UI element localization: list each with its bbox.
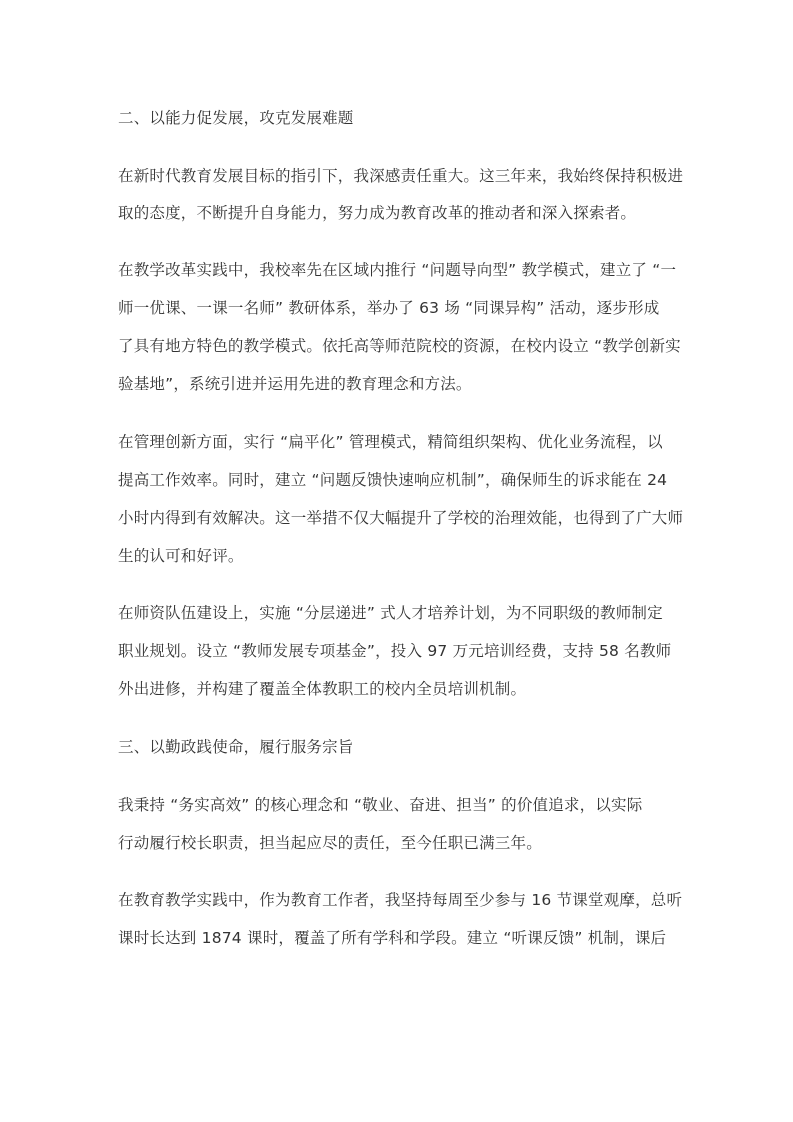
section-heading-3: 三、以勤政践使命，履行服务宗旨 bbox=[118, 737, 354, 757]
paragraph-line: 师一优课、一课一名师” 教研体系，举办了 63 场 “同课异构” 活动，逐步形成 bbox=[118, 298, 659, 318]
paragraph-line: 小时内得到有效解决。这一举措不仅大幅提升了学校的治理效能，也得到了广大师 bbox=[118, 508, 683, 528]
section-heading-2: 二、以能力促发展，攻克发展难题 bbox=[118, 108, 354, 128]
paragraph-line: 在师资队伍建设上，实施 “分层递进” 式人才培养计划，为不同职级的教师制定 bbox=[118, 603, 663, 623]
paragraph-line: 生的认可和好评。 bbox=[118, 546, 244, 566]
paragraph-line: 职业规划。设立 “教师发展专项基金”，投入 97 万元培训经费，支持 58 名教… bbox=[118, 641, 671, 661]
paragraph-line: 课时长达到 1874 课时，覆盖了所有学科和学段。建立 “听课反馈” 机制，课后 bbox=[118, 928, 666, 948]
paragraph-line: 在管理创新方面，实行 “扁平化” 管理模式，精简组织架构、优化业务流程，以 bbox=[118, 432, 663, 452]
paragraph-line: 在新时代教育发展目标的指引下，我深感责任重大。这三年来，我始终保持积极进 bbox=[118, 166, 683, 186]
paragraph-line: 行动履行校长职责，担当起应尽的责任，至今任职已满三年。 bbox=[118, 833, 542, 853]
paragraph-line: 在教学改革实践中，我校率先在区域内推行 “问题导向型” 教学模式，建立了 “一 bbox=[118, 260, 676, 280]
paragraph-line: 了具有地方特色的教学模式。依托高等师范院校的资源，在校内设立 “教学创新实 bbox=[118, 336, 681, 356]
paragraph-line: 在教育教学实践中，作为教育工作者，我坚持每周至少参与 16 节课堂观摩，总听 bbox=[118, 890, 682, 910]
paragraph-line: 我秉持 “务实高效” 的核心理念和 “敬业、奋进、担当” 的价值追求，以实际 bbox=[118, 795, 642, 815]
paragraph-line: 外出进修，并构建了覆盖全体教职工的校内全员培训机制。 bbox=[118, 679, 526, 699]
paragraph-line: 取的态度，不断提升自身能力，努力成为教育改革的推动者和深入探索者。 bbox=[118, 203, 636, 223]
paragraph-line: 提高工作效率。同时，建立 “问题反馈快速响应机制”，确保师生的诉求能在 24 bbox=[118, 470, 667, 490]
paragraph-line: 验基地”，系统引进并运用先进的教育理念和方法。 bbox=[118, 374, 472, 394]
